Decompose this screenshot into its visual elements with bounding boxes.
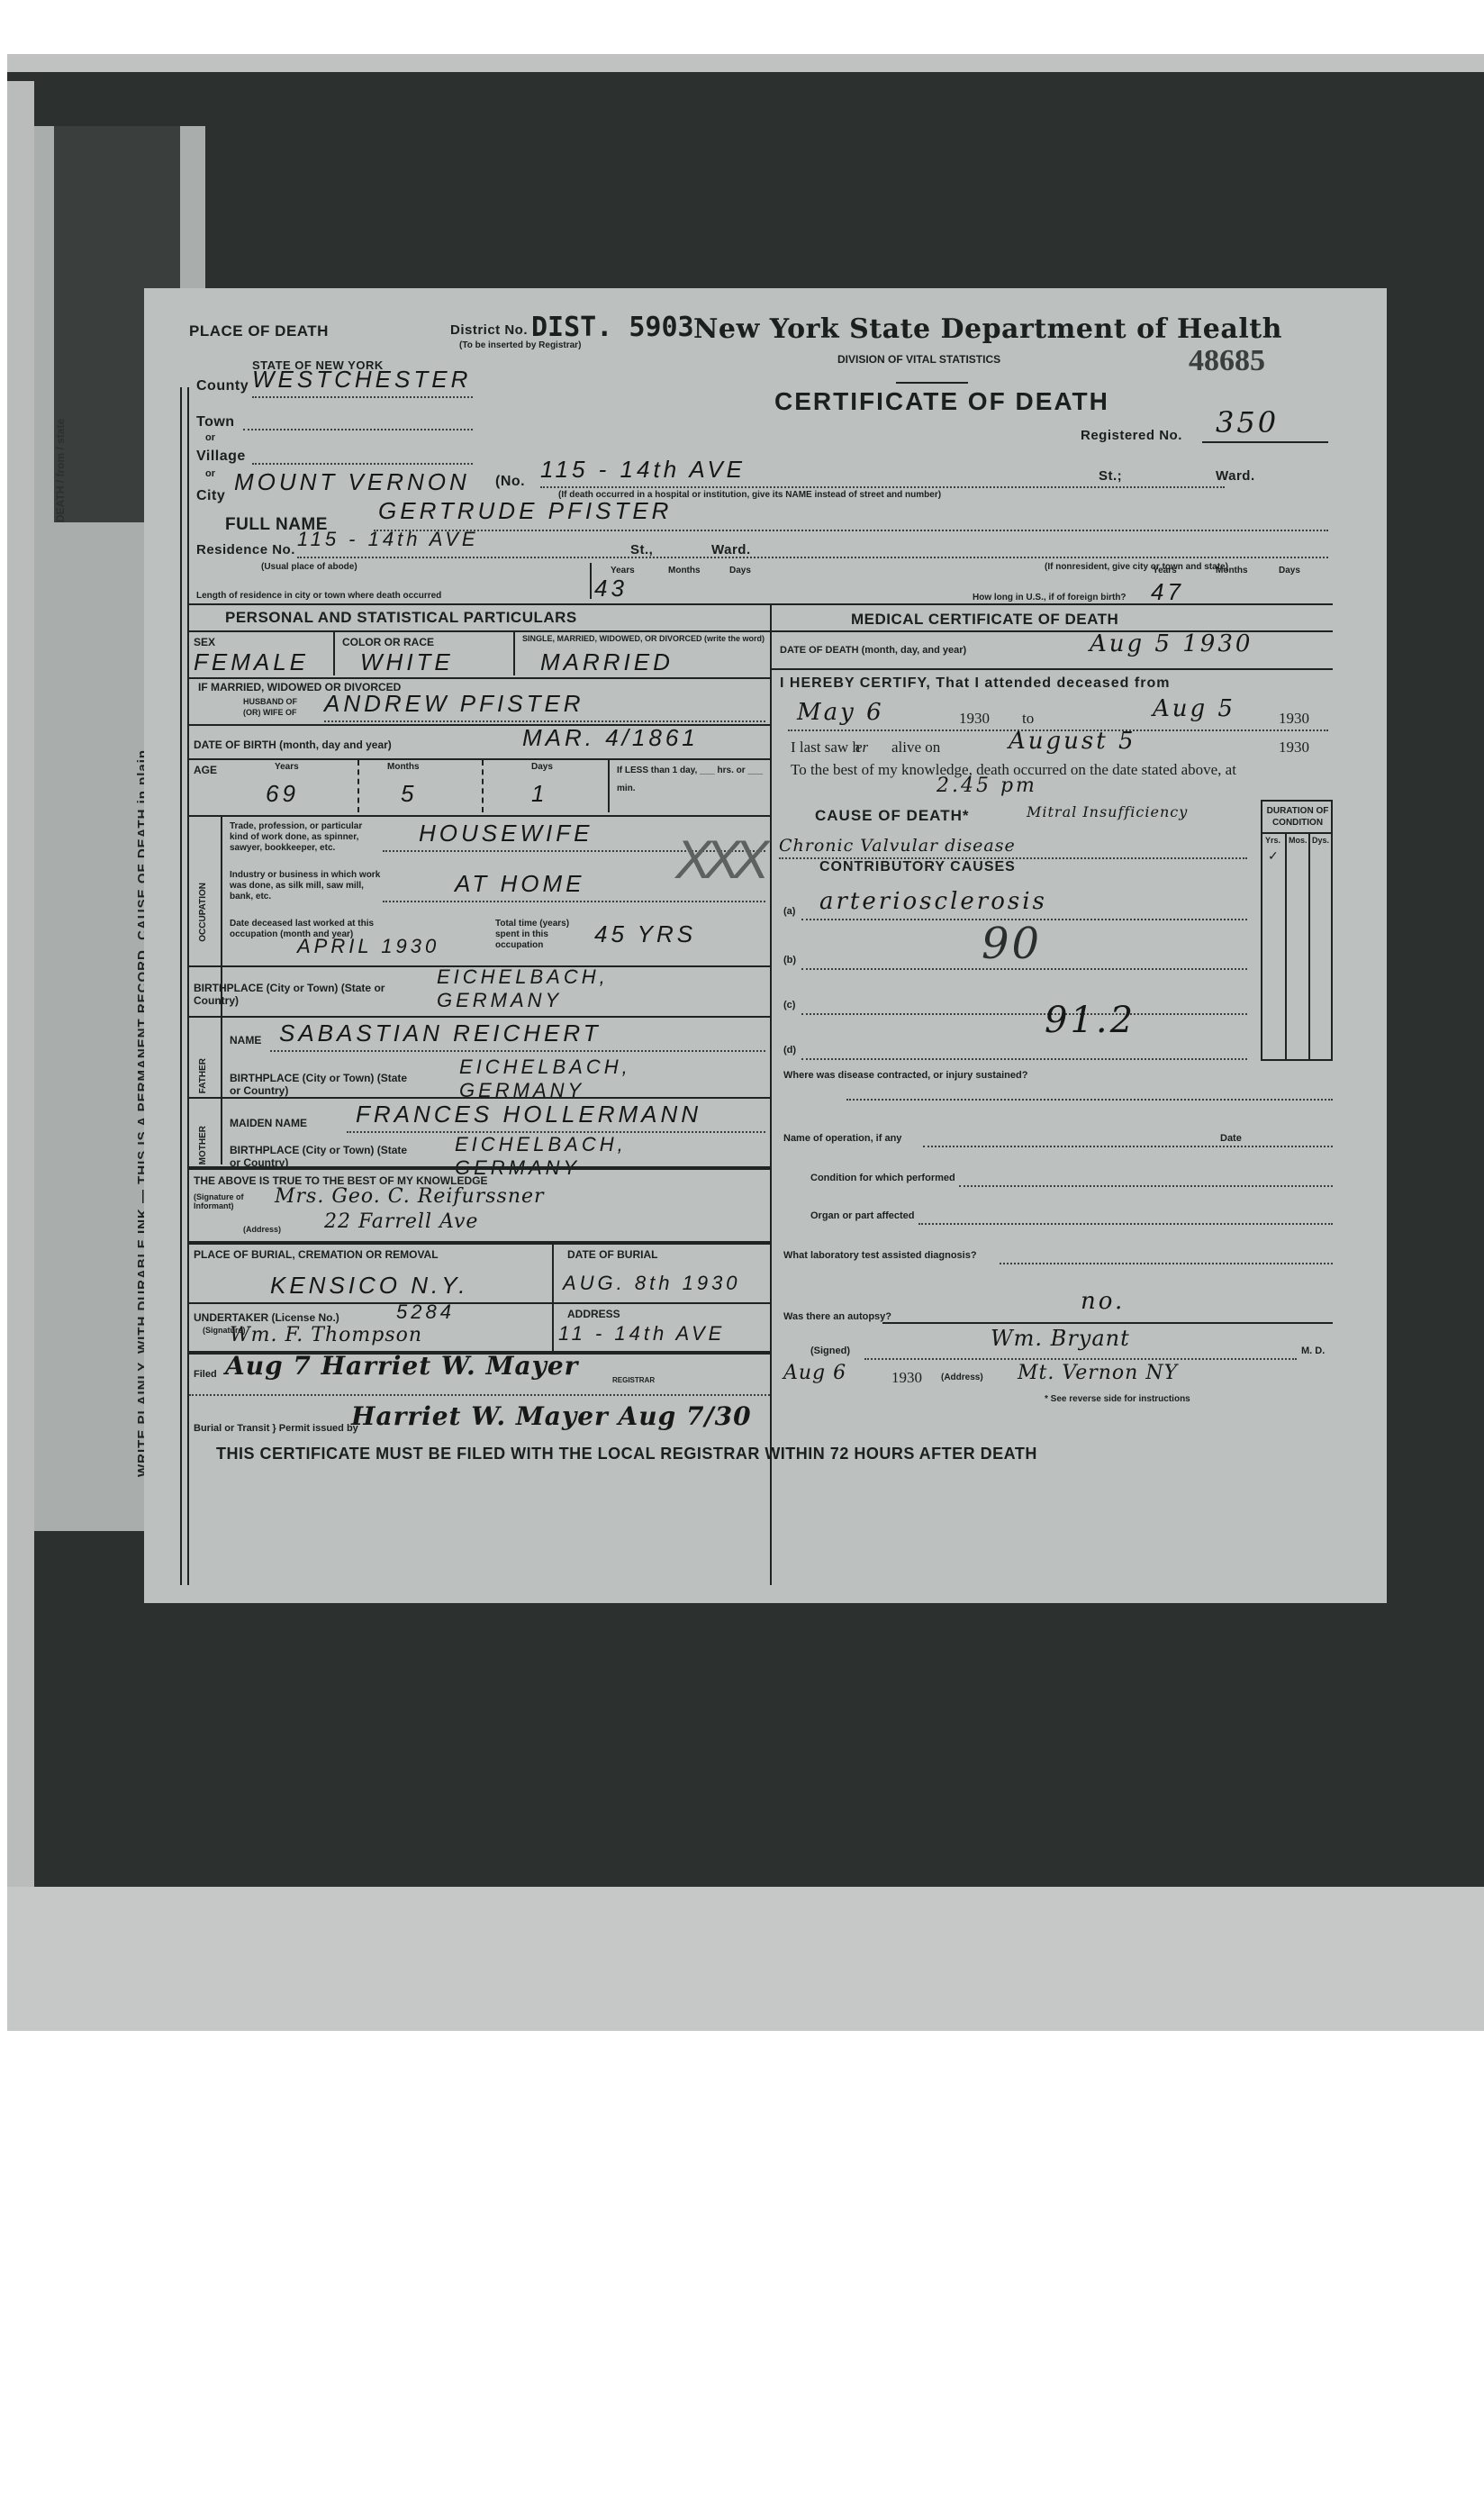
medical-section-title: MEDICAL CERTIFICATE OF DEATH [851,611,1118,629]
county-value: WESTCHESTER [252,366,471,394]
informant-address: 22 Farrell Ave [324,1210,478,1233]
duration-box: DURATION OF CONDITION Yrs. Mos. Dys. ✓ [1261,800,1333,1061]
industry-value: AT HOME [455,870,585,898]
death-date-label: DATE OF DEATH (month, day, and year) [780,645,966,656]
certificate-title: CERTIFICATE OF DEATH [774,387,1109,416]
margin-side-text: DEATH / from / state [54,414,81,522]
signed-date: Aug 6 [783,1362,846,1384]
scan-edge-left [7,81,34,1891]
undertaker-license: 5284 [396,1300,455,1324]
registered-no-label: Registered No. [1081,428,1182,443]
registered-no-value: 350 [1216,405,1279,439]
age-days: 1 [531,780,547,808]
filed-value: Aug 7 Harriet W. Mayer [225,1351,578,1381]
permit-value: Harriet W. Mayer Aug 7/30 [351,1401,752,1431]
residence-value: 115 - 14th AVE [297,528,479,551]
dob-value: MAR. 4/1861 [522,724,699,752]
time-of-death: 2.45 pm [937,775,1037,797]
marital-value: MARRIED [540,648,674,676]
full-name-value: GERTRUDE PFISTER [378,497,672,525]
contributory-label: CONTRIBUTORY CAUSES [819,859,1016,875]
father-name-value: SABASTIAN REICHERT [279,1019,602,1047]
age-months: 5 [401,780,417,808]
burial-place-value: KENSICO N.Y. [270,1272,468,1300]
crossed-out-mark: XXX [675,829,762,891]
burial-date-value: AUG. 8th 1930 [563,1272,741,1295]
attended-from: May 6 [797,699,884,726]
district-label: District No. [450,322,528,338]
residence-label: Residence No. [196,542,295,557]
district-number: DIST. 5903 [531,312,694,343]
cause-primary: Mitral Insufficiency [1027,803,1188,820]
death-date-value: Aug 5 1930 [1090,630,1253,657]
race-value: WHITE [360,648,454,676]
filing-notice: THIS CERTIFICATE MUST BE FILED WITH THE … [216,1445,1037,1463]
occupation-value: HOUSEWIFE [419,820,593,847]
certificate-number: 48685 [1189,344,1265,378]
department-title: New York State Department of Health [693,313,1282,345]
autopsy-value: no. [1081,1288,1125,1315]
sex-value: FEMALE [194,648,309,676]
undertaker-address: 11 - 14th AVE [558,1322,725,1346]
street-value: 115 - 14th AVE [540,456,746,484]
last-worked-value: APRIL 1930 [297,935,439,958]
attended-to: Aug 5 [1153,695,1235,722]
total-time-value: 45 YRS [594,920,696,948]
last-saw-value: August 5 [1009,728,1136,755]
personal-section-title: PERSONAL AND STATISTICAL PARTICULARS [225,609,577,627]
village-label: Village [196,449,246,465]
cause-label: CAUSE OF DEATH* [815,807,969,825]
spouse-value: ANDREW PFISTER [324,690,584,718]
length-residence-value: 43 [594,575,628,603]
birthplace-value: EICHELBACH, GERMANY [437,965,662,1012]
mother-name-value: FRANCES HOLLERMANN [356,1101,701,1128]
duration-check: ✓ [1268,848,1279,864]
age-years: 69 [266,780,299,808]
us-residence-value: 47 [1151,578,1184,606]
city-value: MOUNT VERNON [234,468,470,496]
cause-code-1: 90 [982,919,1042,969]
scan-bottom-paper [7,1887,1484,2031]
contributory-a: arteriosclerosis [819,888,1047,915]
place-of-death-label: PLACE OF DEATH [189,322,329,340]
cause-secondary: Chronic Valvular disease [779,836,1016,856]
undertaker-signature: Wm. F. Thompson [230,1324,422,1346]
father-birthplace-value: EICHELBACH, GERMANY [459,1056,684,1102]
death-certificate: PLACE OF DEATH District No. (To be inser… [144,288,1387,1603]
certify-label: I HEREBY CERTIFY, That I attended deceas… [780,675,1170,692]
town-label: Town [196,414,235,430]
street-no-label: (No. [495,474,525,490]
physician-address: Mt. Vernon NY [1018,1362,1178,1384]
informant-signature: Mrs. Geo. C. Reifurssner [275,1185,545,1208]
length-residence-label: Length of residence in city or town wher… [196,591,441,601]
division-title: DIVISION OF VITAL STATISTICS [837,353,1000,366]
cause-code-2: 91.2 [1045,1000,1136,1041]
mother-birthplace-value: EICHELBACH, GERMANY [455,1133,680,1180]
occupation-side-label: OCCUPATION [198,883,208,942]
physician-signature: Wm. Bryant [991,1326,1130,1351]
scan-edge-top [7,54,1484,72]
us-residence-label: How long in U.S., if of foreign birth? [973,593,1127,603]
city-label: City [196,488,225,504]
county-label: County [196,378,249,394]
